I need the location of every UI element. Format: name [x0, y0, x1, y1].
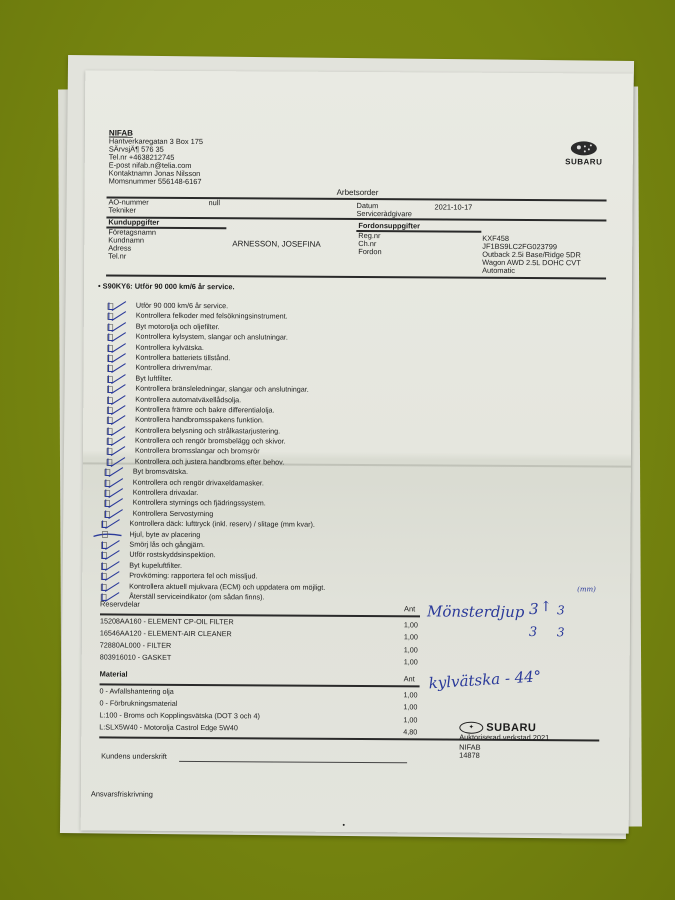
- checklist-item-text: Kontrollera främre och bakre differentia…: [135, 406, 274, 415]
- material-qty-header: Ant: [404, 675, 415, 683]
- parts-row: 15208AA160 - ELEMENT CP-OIL FILTER1,00: [100, 617, 418, 627]
- dealer-authorized: Auktoriserad verkstad 2021: [459, 734, 549, 743]
- checklist-item-text: Kontrollera aktuell mjukvara (ECM) och u…: [129, 582, 325, 591]
- ao-number-value: null: [208, 199, 220, 207]
- material-row: L:SLX5W40 - Motorolja Castrol Edge 5W404…: [99, 723, 417, 733]
- checklist-item-text: Kontrollera däck: lufttryck (inkl. reser…: [130, 520, 315, 529]
- subaru-logo: SUBARU: [561, 141, 607, 166]
- phone-label: Tel.nr: [108, 252, 126, 260]
- checklist-item-text: Kontrollera batteriets tillstånd.: [136, 354, 231, 363]
- checklist-item-text: Kontrollera handbromsspakens funktion.: [135, 416, 264, 425]
- material-row: 0 - Avfallshantering olja1,00: [100, 687, 418, 697]
- technician-label: Tekniker: [108, 206, 136, 214]
- work-order-title: Arbetsorder: [337, 188, 379, 197]
- material-item: L:SLX5W40 - Motorolja Castrol Edge 5W40: [99, 722, 238, 732]
- checklist-item-text: Kontrollera och justera handbroms efter …: [135, 458, 284, 467]
- parts-row: 72880AL000 - FILTER1,00: [100, 641, 418, 651]
- checklist-item-text: Utför rostskyddsinspektion.: [129, 551, 215, 560]
- checklist-item-text: Kontrollera och rengör drivaxeldamasker.: [133, 478, 264, 487]
- handwritten-tread-value-2: 3: [557, 603, 565, 617]
- dealer-footer: ✦ SUBARU Auktoriserad verkstad 2021 NIFA…: [459, 722, 549, 761]
- checklist-item-text: Byt motorolja och oljefilter.: [136, 322, 220, 331]
- material-heading: Material: [100, 670, 128, 678]
- date-value: 2021-10-17: [434, 203, 472, 211]
- dealer-number: 14878: [459, 752, 549, 761]
- signature-line[interactable]: [179, 761, 407, 763]
- parts-item: 15208AA160 - ELEMENT CP-OIL FILTER: [100, 616, 234, 626]
- subaru-stars-icon: [571, 141, 597, 155]
- material-qty: 1,00: [403, 716, 417, 724]
- checklist-item-text: Provköming: rapportera fel och missljud.: [129, 572, 257, 581]
- checklist-item-text: Hjul, byte av placering: [129, 530, 200, 538]
- handwritten-tread-value-3: 3: [529, 625, 537, 640]
- signature-label: Kundens underskrift: [101, 752, 167, 760]
- subaru-logo-text: SUBARU: [561, 157, 607, 166]
- checklist-item-text: Kontrollera belysning och strålkastarjus…: [135, 426, 280, 435]
- disclaimer: Ansvarsfriskrivning: [91, 790, 153, 798]
- checklist-item-text: Kontrollera bromsslangar och bromsrör: [135, 447, 260, 456]
- material-item: 0 - Förbrukningsmaterial: [99, 698, 177, 707]
- work-order-sheet: NIFAB Hantverkaregatan 3 Box 175 SÄrvsjÄ…: [81, 70, 634, 833]
- service-heading-text: S90KY6: Utför 90 000 km/6 år service.: [103, 281, 235, 291]
- parts-qty-header: Ant: [404, 605, 415, 613]
- handwritten-arrow-icon: ↑: [540, 599, 552, 615]
- checklist-item-text: Byt bromsvätska.: [133, 468, 188, 476]
- checklist-item-text: Kontrollera styrnings och fjädringssyste…: [133, 499, 266, 508]
- handwritten-unit: (mm): [577, 585, 596, 593]
- service-heading: • S90KY6: Utför 90 000 km/6 år service.: [98, 282, 235, 291]
- parts-qty: 1,00: [404, 646, 418, 654]
- checklist-item-text: Kontrollera drivaxlar.: [133, 489, 199, 497]
- handwritten-coolant-note: kylvätska - 44°: [428, 667, 542, 692]
- checklist-item-text: Utför 90 000 km/6 år service.: [136, 302, 228, 311]
- checklist-item-text: Kontrollera kylvätska.: [136, 343, 204, 351]
- checklist-item-text: Återställ serviceindikator (om sådan fin…: [129, 593, 264, 602]
- checklist-item-text: Kontrollera felkoder med felsökningsinst…: [136, 312, 288, 321]
- material-qty: 4,80: [403, 728, 417, 736]
- material-qty: 1,00: [403, 704, 417, 712]
- vehicle-label: Fordon: [358, 248, 381, 256]
- material-item: 0 - Avfallshantering olja: [100, 686, 174, 695]
- checklist-item-text: Kontrollera bränsleledningar, slangar oc…: [135, 385, 308, 394]
- checklist-item-text: Kontrollera drivrem/mar.: [135, 364, 212, 372]
- checklist-item-text: Kontrollera automatväxellådsolja.: [135, 395, 241, 404]
- company-vat: Momsnummer 556148-6167: [109, 177, 203, 186]
- parts-heading: Reservdelar: [100, 600, 140, 608]
- material-qty: 1,00: [403, 691, 417, 699]
- material-row: L:100 - Broms och Kopplingsvätska (DOT 3…: [99, 711, 417, 721]
- parts-item: 16546AA120 - ELEMENT-AIR CLEANER: [100, 628, 232, 638]
- material-item: L:100 - Broms och Kopplingsvätska (DOT 3…: [99, 710, 260, 720]
- checklist-item-text: Byt kupeluftfilter.: [129, 561, 182, 569]
- parts-item: 803916010 - GASKET: [100, 652, 172, 661]
- parts-qty: 1,00: [404, 634, 418, 642]
- handwritten-tread-value-4: 3: [557, 625, 565, 639]
- checklist-item-text: Kontrollera och rengör bromsbelägg och s…: [135, 437, 286, 446]
- checklist-item-text: Smörj lås och gångjärn.: [129, 541, 205, 549]
- checklist-item-text: Kontrollera kylsystem, slangar och anslu…: [136, 333, 288, 342]
- company-block: NIFAB Hantverkaregatan 3 Box 175 SÄrvsjÄ…: [109, 128, 203, 186]
- handwritten-tread-label: Mönsterdjup: [427, 602, 524, 621]
- page-dot: [343, 824, 345, 826]
- handwritten-tread-value-1: 3: [529, 600, 539, 618]
- parts-item: 72880AL000 - FILTER: [100, 640, 171, 649]
- checklist-item-text: Byt luftfilter.: [135, 374, 172, 382]
- parts-row: 803916010 - GASKET1,00: [100, 653, 418, 663]
- vehicle-model-line3: Automatic: [482, 267, 515, 275]
- checklist-item-text: Kontrollera Servostyrning: [133, 509, 214, 517]
- parts-row: 16546AA120 - ELEMENT-AIR CLEANER1,00: [100, 629, 418, 639]
- parts-qty: 1,00: [404, 621, 418, 629]
- parts-qty: 1,00: [404, 658, 418, 666]
- service-checklist: Utför 90 000 km/6 år service.Kontrollera…: [112, 302, 116, 603]
- customer-name-value: ARNESSON, JOSEFINA: [232, 239, 321, 249]
- material-row: 0 - Förbrukningsmaterial1,00: [99, 699, 417, 709]
